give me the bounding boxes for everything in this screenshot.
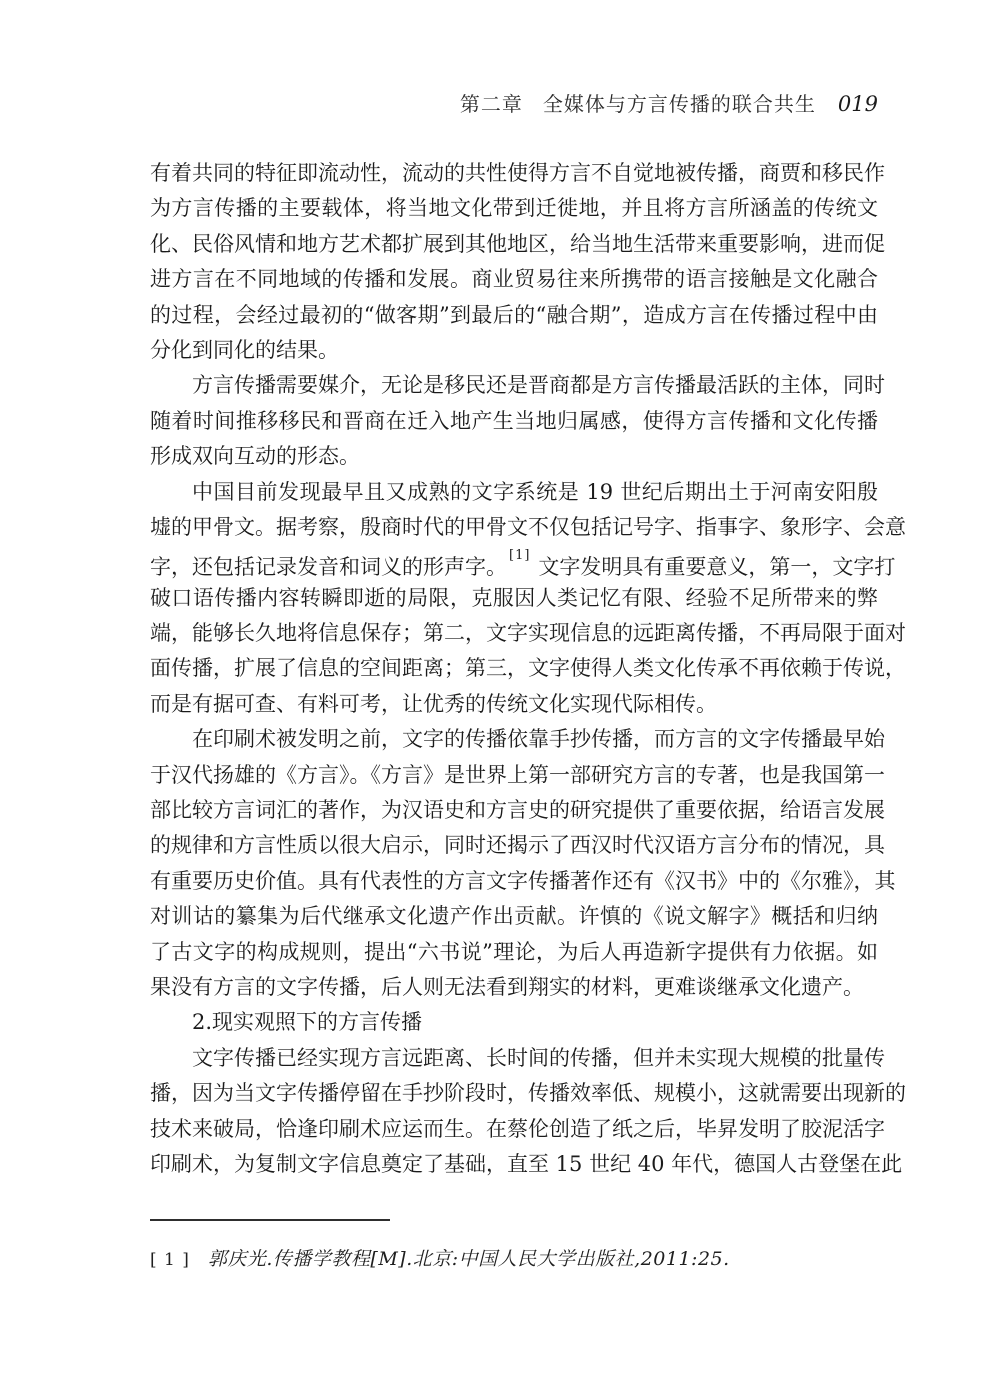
body-text-line: 有重要历史价值。具有代表性的方言文字传播著作还有《汉书》中的《尔雅》，其 [150,864,878,899]
body-text-line: 部比较方言词汇的著作，为汉语史和方言史的研究提供了重要依据，给语言发展 [150,793,878,828]
body-text-line: 分化到同化的结果。 [150,333,878,368]
body-text-line: 中国目前发现最早且又成熟的文字系统是 19 世纪后期出土于河南安阳殷 [150,475,878,510]
chapter-title: 全媒体与方言传播的联合共生 [543,94,816,116]
body-text-line: 字，还包括记录发音和词义的形声字。[1]文字发明具有重要意义，第一，文字打 [150,545,878,580]
footnote-label: [ 1 ] [150,1250,190,1270]
body-text-block: 有着共同的特征即流动性，流动的共性使得方言不自觉地被传播，商贾和移民作 为方言传… [150,156,878,1182]
body-text-line: 播，因为当文字传播停留在手抄阶段时，传播效率低、规模小，这就需要出现新的 [150,1076,878,1111]
body-text-line: 的过程，会经过最初的“做客期”到最后的“融合期”，造成方言在传播过程中由 [150,298,878,333]
body-text-line: 破口语传播内容转瞬即逝的局限，克服因人类记忆有限、经验不足所带来的弊 [150,581,878,616]
body-text-line: 在印刷术被发明之前，文字的传播依靠手抄传播，而方言的文字传播最早始 [150,722,878,757]
footnote-separator [150,1219,390,1221]
text-segment: 文字发明具有重要意义，第一，文字打 [538,555,895,579]
footnote-ref: [1] [509,548,530,563]
chapter-label: 第二章 [460,94,523,116]
body-text-line: 对训诂的纂集为后代继承文化遗产作出贡献。许慎的《说文解字》概括和归纳 [150,899,878,934]
footnote-text: 郭庆光.传播学教程[M].北京:中国人民大学出版社,2011:25. [208,1248,730,1270]
body-text-line: 果没有方言的文字传播，后人则无法看到翔实的材料，更难谈继承文化遗产。 [150,970,878,1005]
section-heading: 2.现实观照下的方言传播 [150,1005,878,1040]
body-text-line: 而是有据可查、有料可考，让优秀的传统文化实现代际相传。 [150,687,878,722]
body-text-line: 印刷术，为复制文字信息奠定了基础，直至 15 世纪 40 年代，德国人古登堡在此 [150,1147,878,1182]
body-text-line: 技术来破局，恰逢印刷术应运而生。在蔡伦创造了纸之后，毕昇发明了胶泥活字 [150,1112,878,1147]
body-text-line: 墟的甲骨文。据考察，殷商时代的甲骨文不仅包括记号字、指事字、象形字、会意 [150,510,878,545]
body-text-line: 面传播，扩展了信息的空间距离；第三，文字使得人类文化传承不再依赖于传说， [150,651,878,686]
body-text-line: 的规律和方言性质以很大启示，同时还揭示了西汉时代汉语方言分布的情况，具 [150,828,878,863]
page-header: 第二章全媒体与方言传播的联合共生019 [150,88,878,117]
body-text-line: 方言传播需要媒介，无论是移民还是晋商都是方言传播最活跃的主体，同时 [150,368,878,403]
body-text-line: 随着时间推移移民和晋商在迁入地产生当地归属感，使得方言传播和文化传播 [150,404,878,439]
body-text-line: 形成双向互动的形态。 [150,439,878,474]
body-text-line: 于汉代扬雄的《方言》。《方言》是世界上第一部研究方言的专著，也是我国第一 [150,758,878,793]
page-number: 019 [838,92,878,116]
body-text-line: 了古文字的构成规则，提出“六书说”理论，为后人再造新字提供有力依据。如 [150,935,878,970]
body-text-line: 文字传播已经实现方言远距离、长时间的传播，但并未实现大规模的批量传 [150,1041,878,1076]
footnote: [ 1 ]郭庆光.传播学教程[M].北京:中国人民大学出版社,2011:25. [150,1245,878,1274]
body-text-line: 化、民俗风情和地方艺术都扩展到其他地区，给当地生活带来重要影响，进而促 [150,227,878,262]
footnote-area: [ 1 ]郭庆光.传播学教程[M].北京:中国人民大学出版社,2011:25. [150,1219,878,1274]
book-page: 第二章全媒体与方言传播的联合共生019 有着共同的特征即流动性，流动的共性使得方… [0,0,998,1395]
body-text-line: 有着共同的特征即流动性，流动的共性使得方言不自觉地被传播，商贾和移民作 [150,156,878,191]
body-text-line: 为方言传播的主要载体，将当地文化带到迁徙地，并且将方言所涵盖的传统文 [150,191,878,226]
body-text-line: 端，能够长久地将信息保存；第二，文字实现信息的远距离传播，不再局限于面对 [150,616,878,651]
text-segment: 字，还包括记录发音和词义的形声字。 [150,555,507,579]
body-text-line: 进方言在不同地域的传播和发展。商业贸易往来所携带的语言接触是文化融合 [150,262,878,297]
